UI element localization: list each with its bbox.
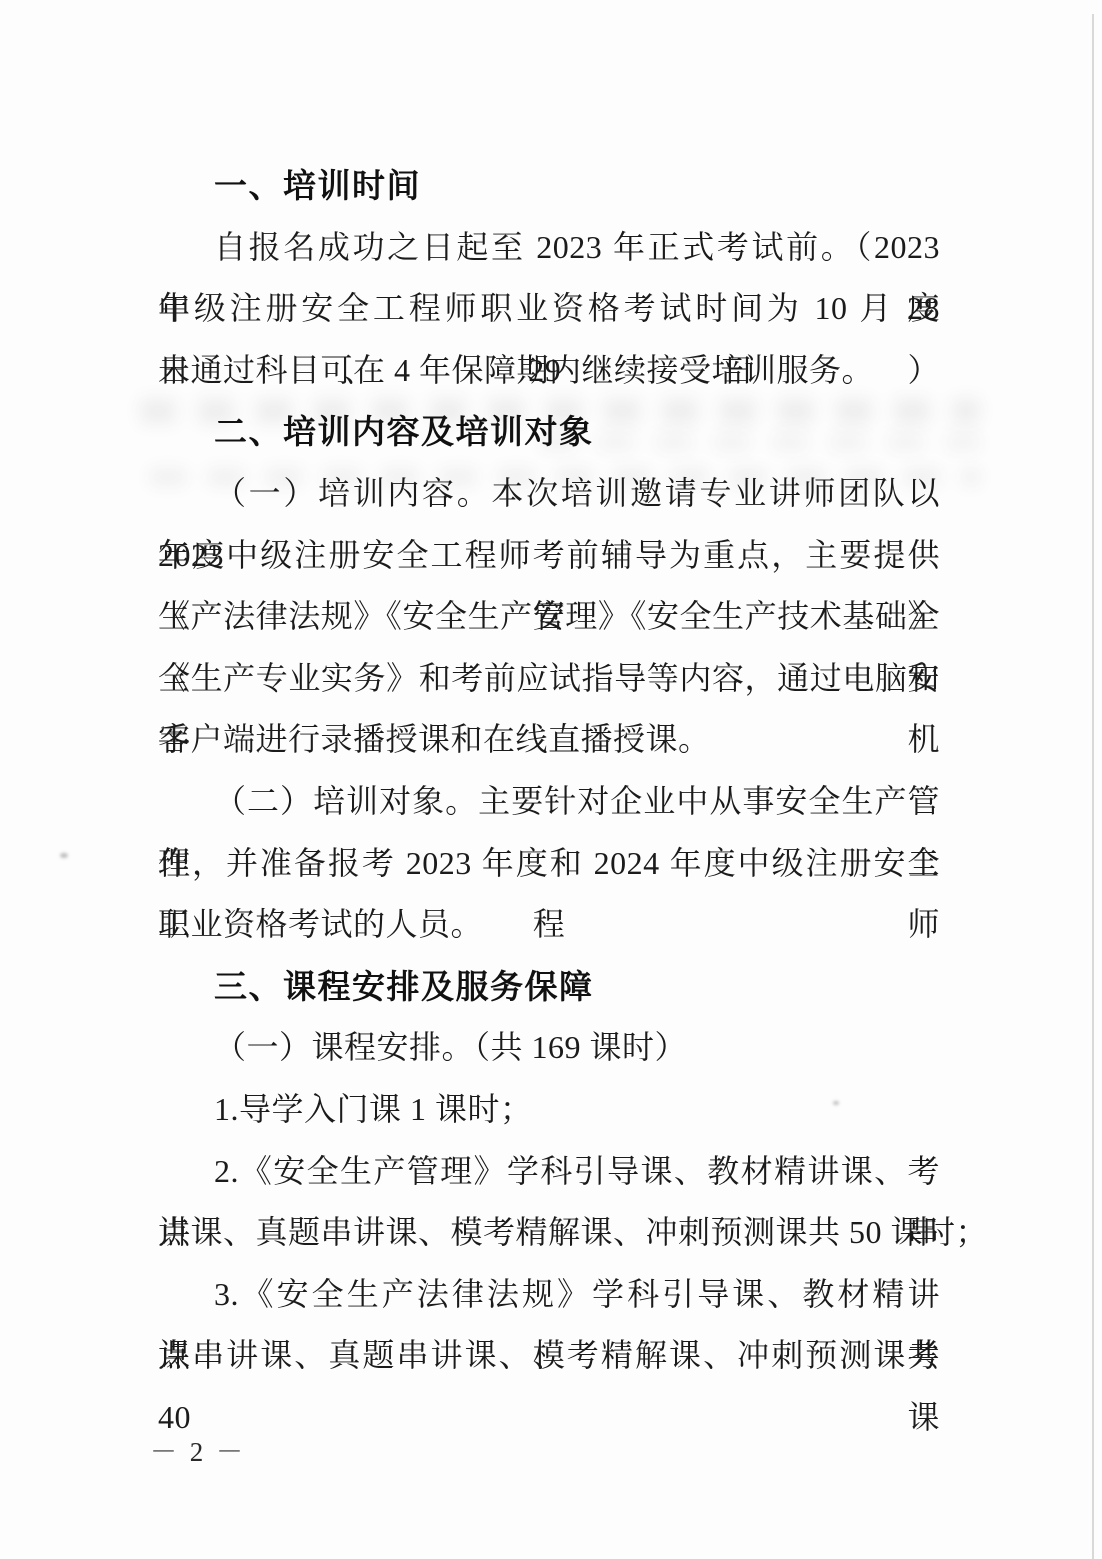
body-line: （一）培训内容。本次培训邀请专业讲师团队以 2023 [158,463,940,525]
body-line: 全生产专业实务》和考前应试指导等内容，通过电脑和手机 [158,648,940,710]
page-number: － 2 － [150,1430,246,1469]
body-line: 中级注册安全工程师职业资格考试时间为 10 月 28 日、29 日） [158,278,940,340]
body-line: 自报名成功之日起至 2023 年正式考试前。（2023 年度 [158,217,940,279]
section-heading-training-time: 一、培训时间 [158,155,940,217]
section-heading-training-content: 二、培训内容及培训对象 [158,401,940,463]
body-line: 年度中级注册安全工程师考前辅导为重点，主要提供《安全 [158,525,940,587]
scan-edge-artifact [1092,14,1094,1559]
section-heading-course-schedule: 三、课程安排及服务保障 [158,956,940,1018]
body-line: 生产法律法规》《安全生产管理》《安全生产技术基础》《安 [158,586,940,648]
body-line: 作，并准备报考 2023 年度和 2024 年度中级注册安全工程师 [158,833,940,895]
body-line: （一）课程安排。（共 169 课时） [158,1017,940,1079]
body-line: 3.《安全生产法律法规》学科引导课、教材精讲课、考 [158,1264,940,1326]
body-line: 1.导学入门课 1 课时； [158,1079,940,1141]
body-line: 点串讲课、真题串讲课、模考精解课、冲刺预测课共 40 课 [158,1325,940,1387]
body-line: 讲课、真题串讲课、模考精解课、冲刺预测课共 50 课时； [158,1202,940,1264]
scan-speck [60,853,68,858]
document-body: 一、培训时间 自报名成功之日起至 2023 年正式考试前。（2023 年度 中级… [158,155,940,1387]
body-line: 未通过科目可在 4 年保障期内继续接受培训服务。 [158,340,940,402]
body-line: （二）培训对象。主要针对企业中从事安全生产管理工 [158,771,940,833]
body-line: 2.《安全生产管理》学科引导课、教材精讲课、考点串 [158,1141,940,1203]
